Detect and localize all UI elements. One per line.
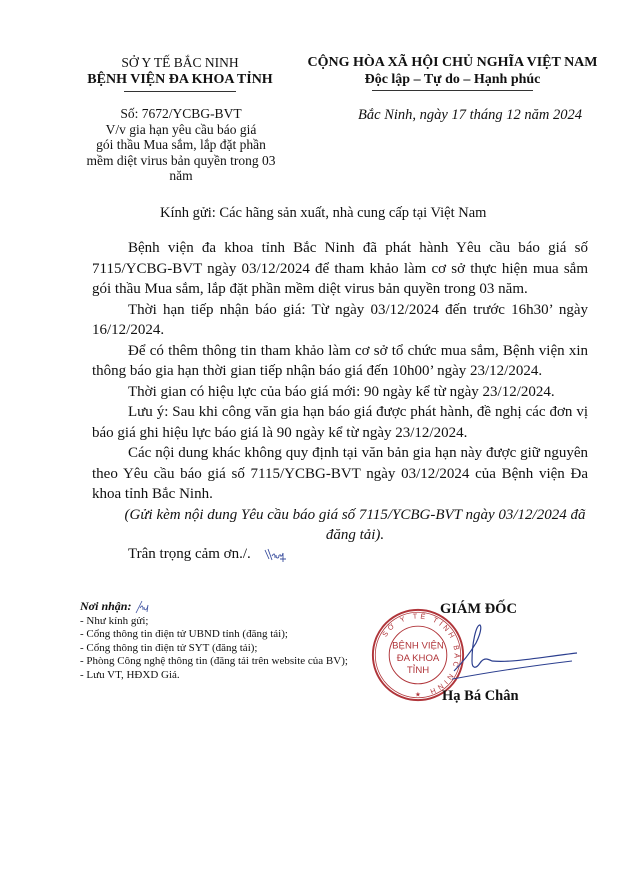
signer-title: GIÁM ĐỐC	[440, 601, 517, 618]
organization-name: BỆNH VIỆN ĐA KHOA TỈNH	[60, 71, 300, 88]
subject-line: mềm diệt virus bản quyền trong 03	[60, 153, 302, 169]
document-number: Số: 7672/YCBG-BVT	[60, 106, 302, 122]
recipients-title: Nơi nhận:	[80, 599, 131, 613]
letter-body: Bệnh viện đa khoa tỉnh Bắc Ninh đã phát …	[92, 238, 588, 546]
initial-mark-icon	[134, 600, 152, 614]
nation-name: CỘNG HÒA XÃ HỘI CHỦ NGHĨA VIỆT NAM	[290, 55, 615, 71]
svg-text:TỈNH: TỈNH	[407, 664, 429, 676]
body-paragraph: Bệnh viện đa khoa tỉnh Bắc Ninh đã phát …	[92, 238, 588, 300]
initial-signature-icon	[263, 547, 289, 563]
svg-text:ĐA KHOA: ĐA KHOA	[397, 653, 440, 664]
subject-line: gói thầu Mua sắm, lắp đặt phần	[60, 137, 302, 153]
body-paragraph: Các nội dung khác không quy định tại văn…	[92, 443, 588, 505]
body-paragraph: Thời gian có hiệu lực của báo giá mới: 9…	[92, 382, 588, 403]
divider	[124, 91, 236, 92]
divider	[372, 90, 533, 91]
signature-icon	[452, 623, 582, 689]
salutation: Kính gửi: Các hãng sản xuất, nhà cung cấ…	[160, 205, 486, 222]
agency-name: SỞ Y TẾ BẮC NINH	[60, 55, 300, 71]
recipient-item: - Như kính gửi;	[80, 615, 380, 629]
body-paragraph: Để có thêm thông tin tham khảo làm cơ sở…	[92, 341, 588, 382]
recipient-item: - Phòng Công nghệ thông tin (đăng tải tr…	[80, 655, 380, 669]
body-paragraph: Lưu ý: Sau khi công văn gia hạn báo giá …	[92, 402, 588, 443]
issuing-authority-block: SỞ Y TẾ BẮC NINH BỆNH VIỆN ĐA KHOA TỈNH	[60, 55, 300, 92]
closing-line: Trân trọng cảm ơn./.	[128, 546, 289, 563]
subject-line: V/v gia hạn yêu cầu báo giá	[60, 122, 302, 138]
recipient-item: - Lưu VT, HĐXD Giá.	[80, 669, 380, 683]
body-paragraph: Thời hạn tiếp nhận báo giá: Từ ngày 03/1…	[92, 300, 588, 341]
national-motto: Độc lập – Tự do – Hạnh phúc	[290, 71, 615, 88]
recipient-item: - Cổng thông tin điện tử SYT (đăng tải);	[80, 642, 380, 656]
recipient-item: - Cổng thông tin điện tử UBND tỉnh (đăng…	[80, 628, 380, 642]
reference-block: Số: 7672/YCBG-BVT V/v gia hạn yêu cầu bá…	[60, 106, 302, 184]
place-date: Bắc Ninh, ngày 17 tháng 12 năm 2024	[335, 107, 605, 124]
signer-name: Hạ Bá Chân	[442, 688, 519, 705]
svg-text:BỆNH VIỆN: BỆNH VIỆN	[392, 640, 444, 651]
closing-text: Trân trọng cảm ơn./.	[128, 546, 251, 562]
recipients-block: Nơi nhận: - Như kính gửi; - Cổng thông t…	[80, 600, 380, 682]
attachment-note: (Gửi kèm nội dung Yêu cầu báo giá số 711…	[92, 505, 588, 546]
subject-line: năm	[60, 168, 302, 184]
national-heading-block: CỘNG HÒA XÃ HỘI CHỦ NGHĨA VIỆT NAM Độc l…	[290, 55, 615, 91]
svg-text:★: ★	[415, 690, 421, 698]
